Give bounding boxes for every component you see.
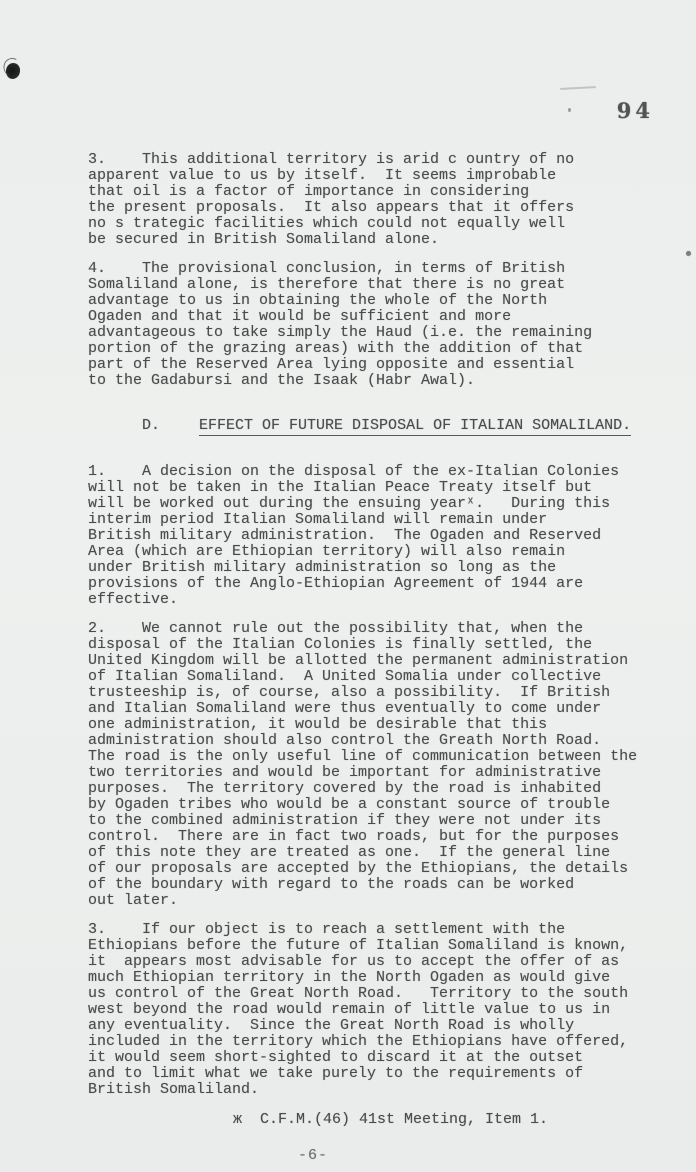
- paper-speck: [686, 251, 691, 256]
- paragraph-3: 3. This additional territory is arid c o…: [88, 152, 668, 248]
- paragraph-d3: 3. If our object is to reach a settlemen…: [88, 922, 668, 1098]
- section-d-heading: D.EFFECT OF FUTURE DISPOSAL OF ITALIAN S…: [88, 402, 668, 450]
- footnote-reference: ж C.F.M.(46) 41st Meeting, Item 1.: [233, 1112, 668, 1128]
- section-title: EFFECT OF FUTURE DISPOSAL OF ITALIAN SOM…: [199, 417, 631, 436]
- paragraph-d2: 2. We cannot rule out the possibility th…: [88, 621, 668, 909]
- ink-blot-mark: [5, 62, 21, 80]
- page-stamp-number: 94: [617, 98, 654, 123]
- pencil-dot-mark: [568, 108, 571, 112]
- paragraph-4: 4. The provisional conclusion, in terms …: [88, 261, 668, 389]
- page-number-footer: -6-: [298, 1148, 668, 1164]
- section-label: D.: [142, 417, 160, 434]
- pencil-squiggle-mark: [560, 86, 596, 90]
- paragraph-d1: 1. A decision on the disposal of the ex-…: [88, 464, 668, 608]
- typewritten-text-block: 3. This additional territory is arid c o…: [88, 152, 668, 1164]
- document-page: 94 3. This additional territory is arid …: [0, 0, 696, 1172]
